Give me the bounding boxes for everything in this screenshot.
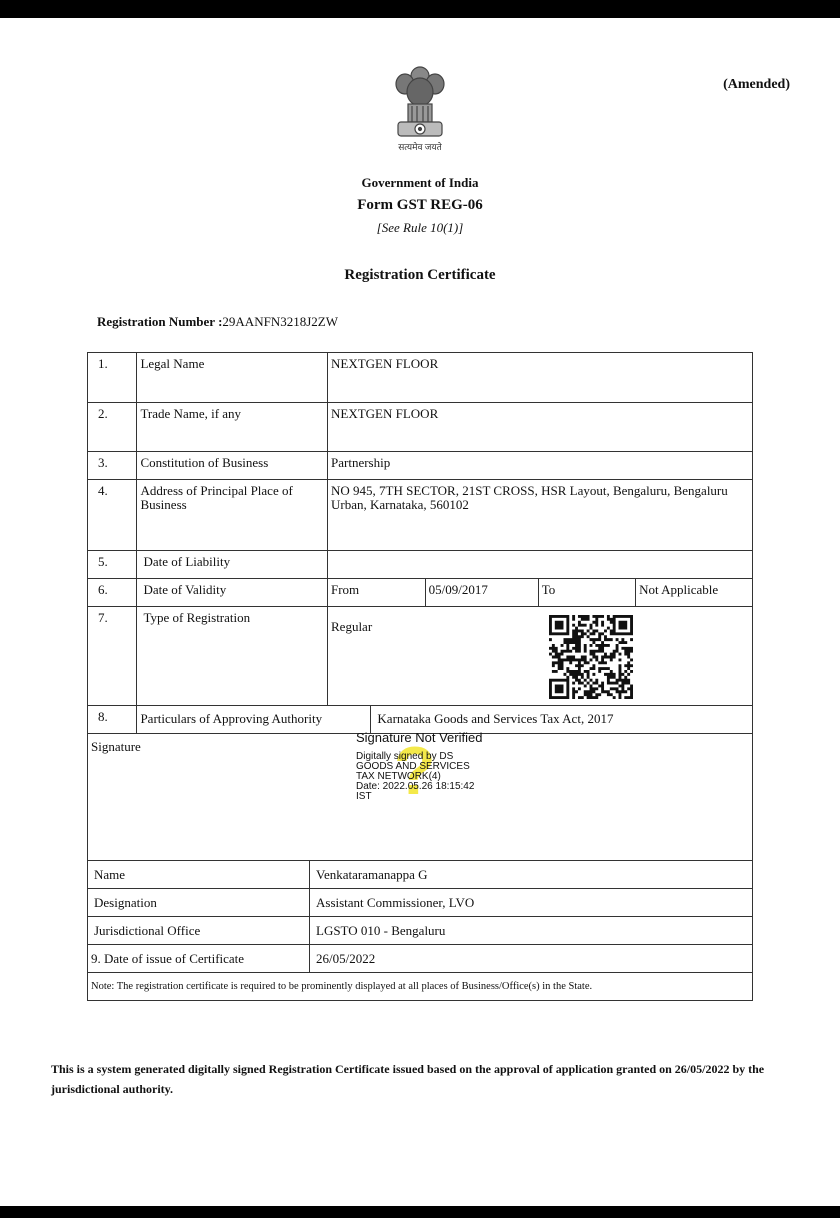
signature-line: Date: 2022.05.26 18:15:42 [356,782,482,792]
field-label: Address of Principal Place of Business [137,480,328,551]
digital-signature-stamp[interactable]: Signature Not Verified Digitally signed … [356,731,482,802]
row-number: 4. [88,480,137,551]
field-value: NEXTGEN FLOOR [328,353,753,403]
field-value [328,551,753,579]
registration-number-value: 29AANFN3218J2ZW [222,314,338,329]
table-row: 4. Address of Principal Place of Busines… [88,480,753,551]
certificate-title: Registration Certificate [0,267,840,284]
authority-label: Name [88,861,310,889]
authority-value: Venkataramanappa G [310,861,753,889]
validity-to-value: Not Applicable [636,579,753,607]
top-bar [0,0,840,18]
rule-reference: [See Rule 10(1)] [0,220,840,236]
table-row: Jurisdictional Office LGSTO 010 - Bengal… [88,917,753,945]
registration-number: Registration Number :29AANFN3218J2ZW [97,314,338,330]
government-heading: Government of India [0,175,840,191]
field-label: Particulars of Approving Authority [137,706,371,734]
field-label: Date of Liability [137,551,328,579]
signature-status: Signature Not Verified [356,731,482,745]
authority-label: 9. Date of issue of Certificate [88,945,310,973]
table-row: 9. Date of issue of Certificate 26/05/20… [88,945,753,973]
authority-label: Designation [88,889,310,917]
authority-value: LGSTO 010 - Bengaluru [310,917,753,945]
row-number: 8. [88,706,137,734]
authority-value: Assistant Commissioner, LVO [310,889,753,917]
bottom-bar [0,1206,840,1218]
table-row: 2. Trade Name, if any NEXTGEN FLOOR [88,403,753,452]
field-value: NEXTGEN FLOOR [328,403,753,452]
row-number: 3. [88,452,137,480]
authority-value: 26/05/2022 [310,945,753,973]
national-emblem-icon [386,62,454,152]
amended-label: (Amended) [700,77,790,93]
signature-block: Signature ? Signature Not Verified Digit… [87,734,753,861]
field-label: Legal Name [137,353,328,403]
validity-from-value: 05/09/2017 [425,579,538,607]
row-number: 7. [88,607,137,706]
signature-line: IST [356,792,482,802]
field-value: Regular [328,607,753,706]
row-number: 6. [88,579,137,607]
emblem-motto: सत्यमेव जयते [380,140,460,153]
field-value: Partnership [328,452,753,480]
field-label: Type of Registration [137,607,328,706]
row-number: 2. [88,403,137,452]
table-row: Note: The registration certificate is re… [88,973,753,1001]
display-note: Note: The registration certificate is re… [88,973,753,1001]
details-table: 1. Legal Name NEXTGEN FLOOR 2. Trade Nam… [87,352,753,734]
registration-type: Regular [331,620,749,634]
authority-label: Jurisdictional Office [88,917,310,945]
footer-statement: This is a system generated digitally sig… [51,1059,796,1099]
table-row: 6. Date of Validity From 05/09/2017 To N… [88,579,753,607]
registration-number-label: Registration Number : [97,314,222,329]
signature-label: Signature [91,739,141,755]
table-row: 1. Legal Name NEXTGEN FLOOR [88,353,753,403]
table-row: 5. Date of Liability [88,551,753,579]
row-number: 5. [88,551,137,579]
field-label: Trade Name, if any [137,403,328,452]
field-label: Date of Validity [137,579,328,607]
qr-code-icon [549,615,633,699]
form-title: Form GST REG-06 [0,197,840,214]
table-row: 7. Type of Registration Regular [88,607,753,706]
table-row: 3. Constitution of Business Partnership [88,452,753,480]
table-row: Designation Assistant Commissioner, LVO [88,889,753,917]
field-value: NO 945, 7TH SECTOR, 21ST CROSS, HSR Layo… [328,480,753,551]
authority-table: Name Venkataramanappa G Designation Assi… [87,860,753,1001]
field-label: Constitution of Business [137,452,328,480]
validity-from-label: From [328,579,426,607]
row-number: 1. [88,353,137,403]
table-row: Name Venkataramanappa G [88,861,753,889]
validity-to-label: To [538,579,635,607]
